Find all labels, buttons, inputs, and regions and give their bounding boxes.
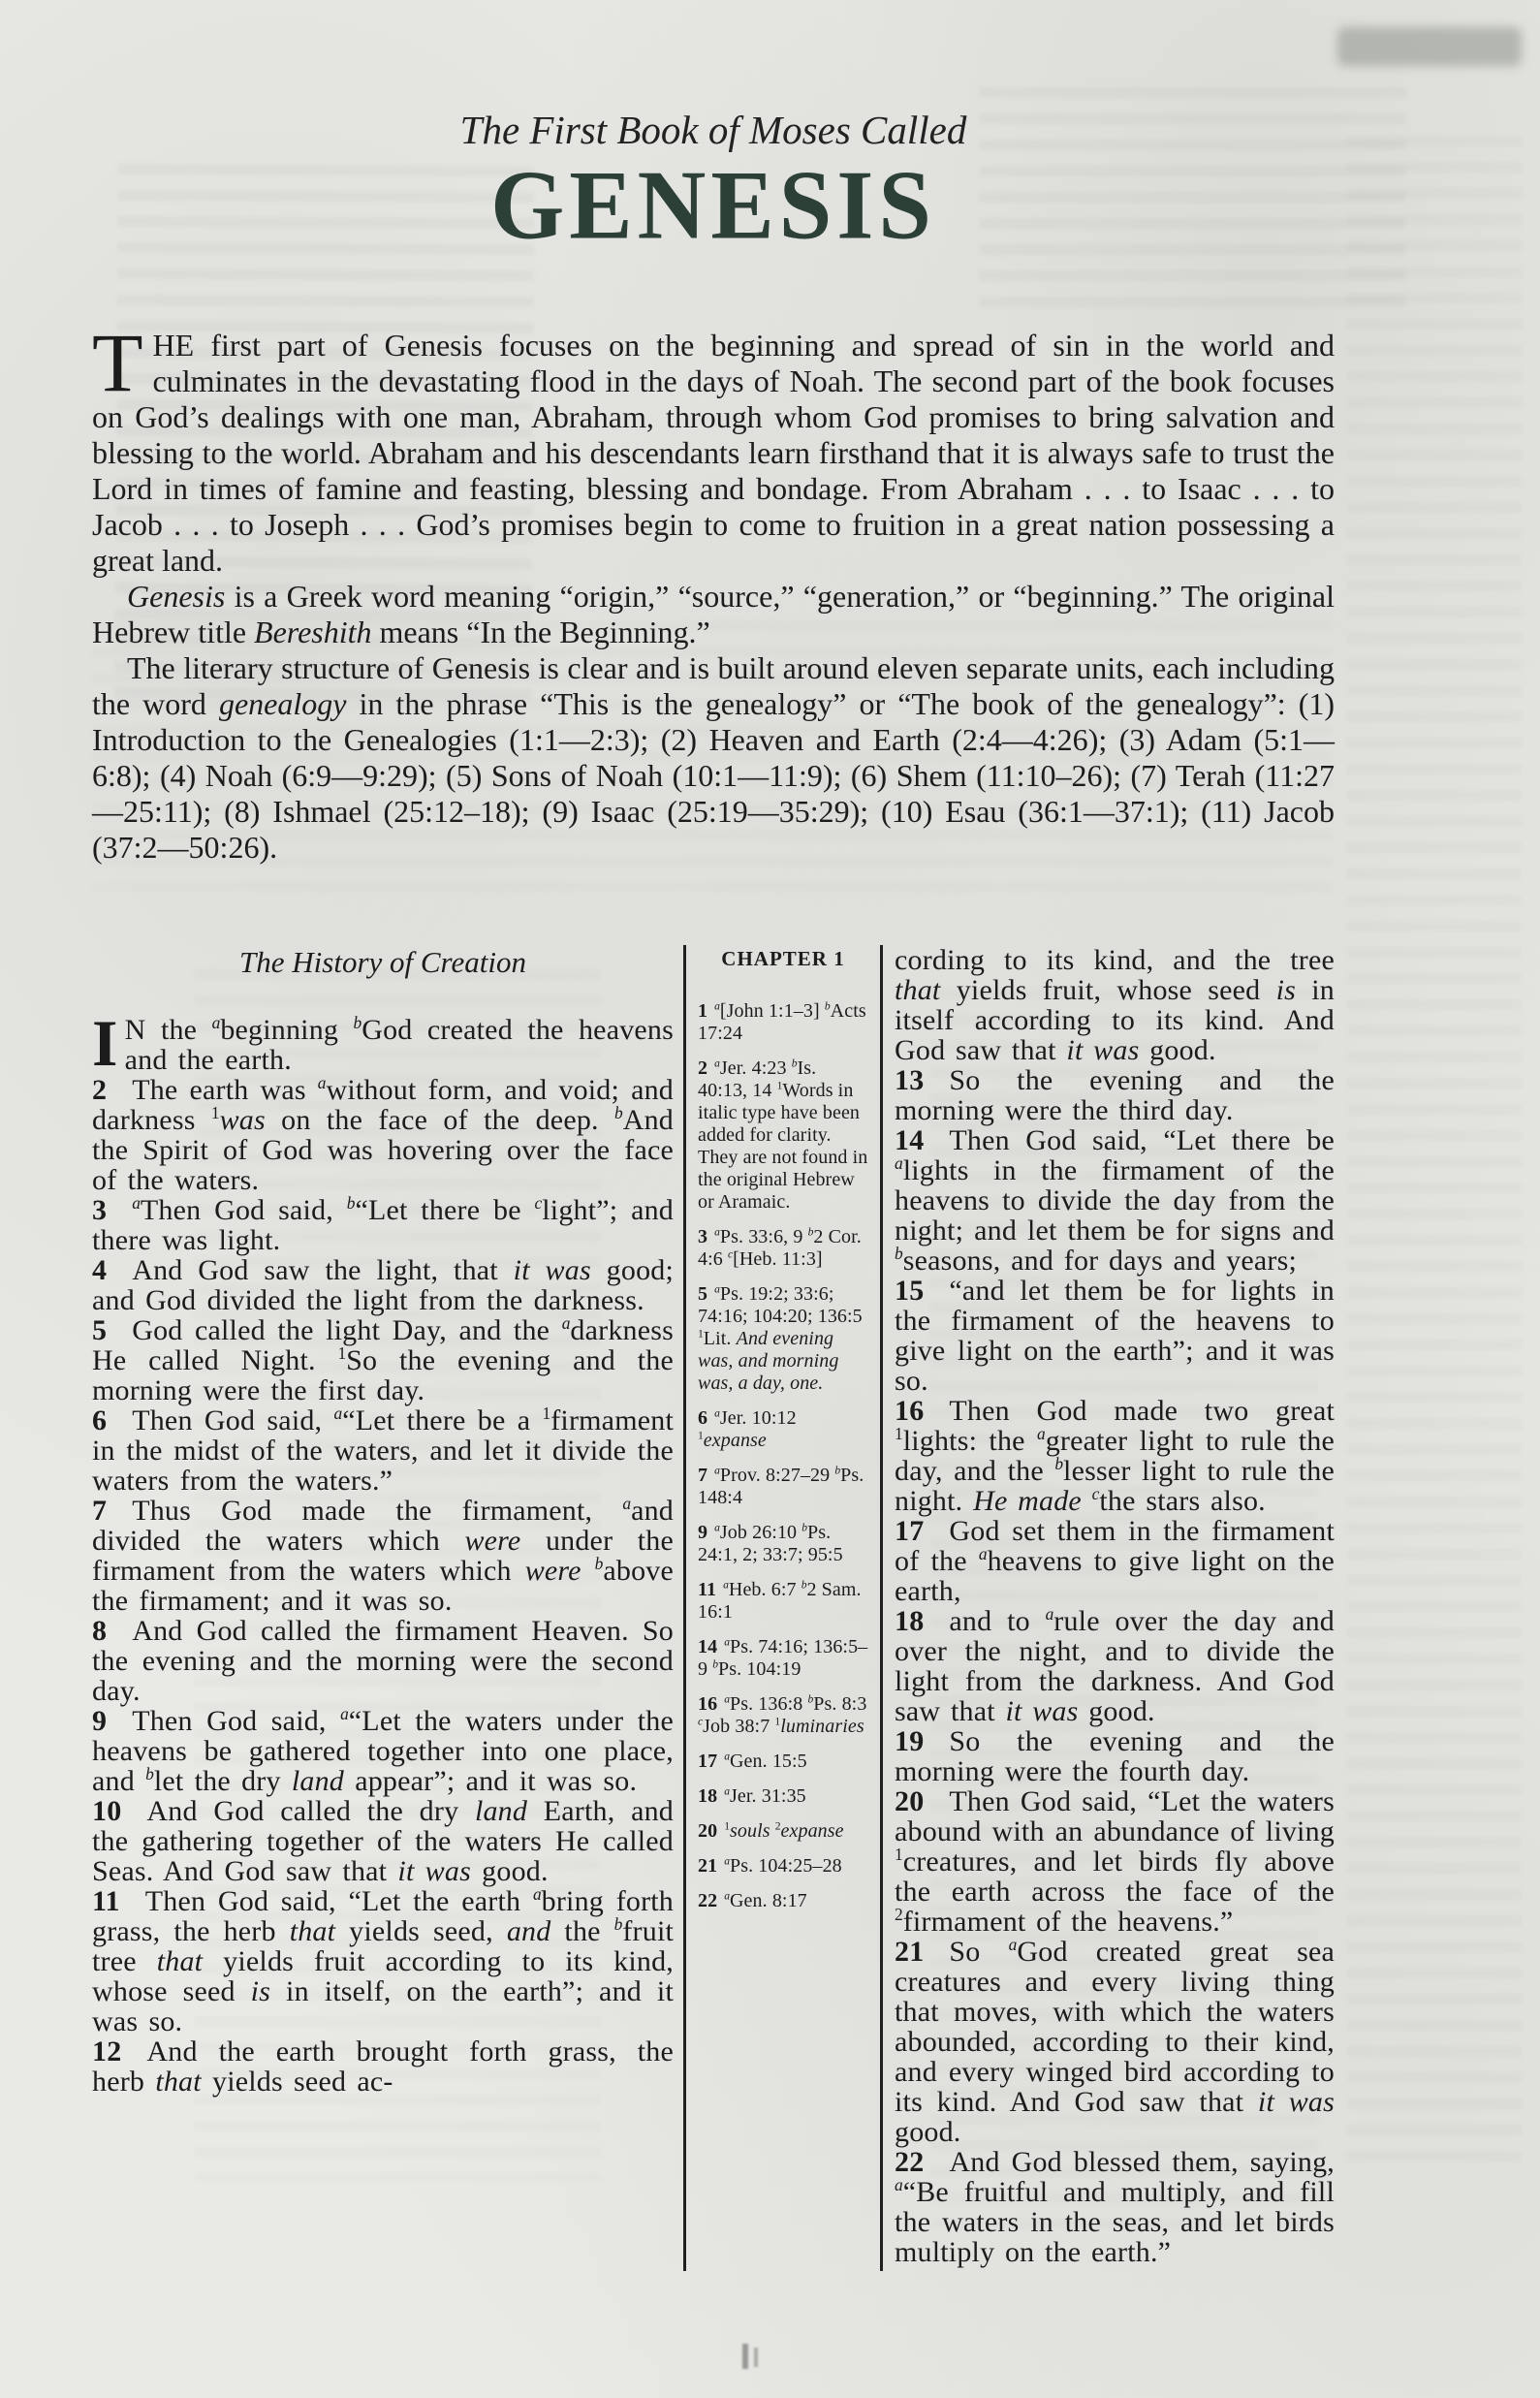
chapter-label: CHAPTER 1 — [698, 947, 868, 971]
verse-8: 8And God called the firmament Heaven. So… — [92, 1616, 674, 1706]
verse-22: 22And God blessed them, saying, a“Be fru… — [895, 2147, 1335, 2267]
reference-verse-number: 20 — [698, 1820, 717, 1842]
bleed-through-ghost — [1347, 136, 1522, 2171]
series-title: The First Book of Moses Called — [92, 107, 1335, 153]
book-introduction: THE first part of Genesis focuses on the… — [92, 328, 1335, 866]
verse-number: 14 — [895, 1124, 924, 1156]
cross-reference-verse-3: 3aPs. 33:6, 9 b2 Cor. 4:6 c[Heb. 11:3] — [698, 1226, 868, 1271]
cross-reference-verse-1: 1a[John 1:1–3] bActs 17:24 — [698, 1000, 868, 1045]
cross-reference-verse-9: 9aJob 26:10 bPs. 24:1, 2; 33:7; 95:5 — [698, 1522, 868, 1566]
cross-reference-verse-20: 201souls 2expanse — [698, 1820, 868, 1843]
verse-number: 2 — [92, 1074, 107, 1106]
verse-9: 9Then God said, a“Let the waters under t… — [92, 1706, 674, 1796]
verse-4: 4And God saw the light, that it was good… — [92, 1255, 674, 1315]
intro-paragraph-1: THE first part of Genesis focuses on the… — [92, 328, 1335, 579]
verse-number: 4 — [92, 1254, 107, 1286]
reference-verse-number: 5 — [698, 1283, 707, 1305]
verse-number: 16 — [895, 1395, 924, 1427]
reference-verse-number: 7 — [698, 1465, 707, 1486]
reference-verse-number: 18 — [698, 1785, 717, 1807]
left-verse-list: IN the abeginning bGod created the heave… — [92, 1015, 674, 2097]
scripture-right-column: cording to its kind, and the tree that y… — [895, 945, 1335, 2271]
reference-verse-number: 1 — [698, 1000, 707, 1022]
scripture-left-column: The History of Creation IN the abeginnin… — [92, 945, 674, 2271]
verse-number: 13 — [895, 1064, 924, 1096]
right-verse-list: 13So the evening and the morning were th… — [895, 1065, 1335, 2271]
cross-reference-verse-6: 6aJer. 10:12 1expanse — [698, 1407, 868, 1452]
reference-verse-number: 3 — [698, 1226, 707, 1247]
cross-reference-column: CHAPTER 1 1a[John 1:1–3] bActs 17:242aJe… — [683, 945, 883, 2271]
reference-verse-number: 17 — [698, 1751, 717, 1772]
ink-mark — [754, 2348, 758, 2367]
reference-verse-number: 22 — [698, 1890, 717, 1911]
verse-number: 18 — [895, 1605, 924, 1637]
dropcap-letter: T — [92, 328, 153, 394]
verse-6: 6Then God said, a“Let there be a 1firmam… — [92, 1405, 674, 1496]
verse-16: 16Then God made two great 1lights: the a… — [895, 1396, 1335, 1516]
verse-11: 11Then God said, “Let the earth abring f… — [92, 1886, 674, 2036]
scanned-bible-page: The First Book of Moses Called GENESIS T… — [0, 0, 1540, 2398]
verse-21: 21So aGod created great sea creatures an… — [895, 1937, 1335, 2147]
verse-1: IN the abeginning bGod created the heave… — [92, 1015, 674, 1075]
reference-verse-number: 21 — [698, 1855, 717, 1877]
verse-17: 17God set them in the firmament of the a… — [895, 1516, 1335, 1606]
chapter-1-section: The History of Creation IN the abeginnin… — [92, 945, 1335, 2271]
reference-verse-number: 2 — [698, 1057, 707, 1079]
cross-reference-verse-17: 17aGen. 15:5 — [698, 1751, 868, 1773]
cross-reference-verse-16: 16aPs. 136:8 bPs. 8:3 cJob 38:7 1luminar… — [698, 1693, 868, 1738]
verse-number: 5 — [92, 1314, 107, 1346]
cross-reference-verse-11: 11aHeb. 6:7 b2 Sam. 16:1 — [698, 1579, 868, 1624]
intro-paragraph-3: The literary structure of Genesis is cle… — [92, 650, 1335, 866]
verse-number: 8 — [92, 1615, 107, 1647]
cross-reference-verse-22: 22aGen. 8:17 — [698, 1890, 868, 1912]
intro-paragraph-1-text: HE first part of Genesis focuses on the … — [92, 328, 1335, 578]
verse-number: 20 — [895, 1785, 924, 1817]
cross-reference-verse-14: 14aPs. 74:16; 136:5–9 bPs. 104:19 — [698, 1636, 868, 1681]
verse-number: 15 — [895, 1275, 924, 1307]
verse-number: 19 — [895, 1725, 924, 1757]
verse-5: 5God called the light Day, and the adark… — [92, 1315, 674, 1405]
cross-reference-verse-2: 2aJer. 4:23 bIs. 40:13, 14 1Words in ita… — [698, 1057, 868, 1214]
verse-number: 21 — [895, 1936, 924, 1968]
verse-number: 12 — [92, 2035, 121, 2067]
cross-reference-verse-5: 5aPs. 19:2; 33:6; 74:16; 104:20; 136:5 1… — [698, 1283, 868, 1395]
verse-3: 3aThen God said, b“Let there be clight”;… — [92, 1195, 674, 1255]
verse-number: 7 — [92, 1495, 107, 1527]
verse-23: 23So the evening and the morning were th… — [895, 2267, 1335, 2271]
reference-verse-number: 9 — [698, 1522, 707, 1543]
dropcap-letter: I — [92, 1017, 118, 1070]
verse-7: 7Thus God made the firmament, aand divid… — [92, 1496, 674, 1616]
verse-number: 10 — [92, 1795, 121, 1827]
verse-15: 15“and let them be for lights in the fir… — [895, 1276, 1335, 1396]
verse-10: 10And God called the dry land Earth, and… — [92, 1796, 674, 1886]
verse-number: 11 — [92, 1885, 120, 1917]
verse-2: 2The earth was awithout form, and void; … — [92, 1075, 674, 1195]
reference-verse-number: 6 — [698, 1407, 707, 1429]
verse-number: 22 — [895, 2146, 924, 2178]
cross-reference-verse-21: 21aPs. 104:25–28 — [698, 1855, 868, 1877]
verse-number: 3 — [92, 1194, 107, 1226]
reference-verse-number: 11 — [698, 1579, 716, 1600]
verse-12: 12And the earth brought forth grass, the… — [92, 2036, 674, 2097]
verse-number: 23 — [895, 2266, 924, 2271]
scan-smudge — [1337, 27, 1522, 66]
verse-20: 20Then God said, “Let the waters abound … — [895, 1786, 1335, 1937]
verse-number: 6 — [92, 1404, 107, 1436]
verse-18: 18and to arule over the day and over the… — [895, 1606, 1335, 1726]
cross-reference-list: 1a[John 1:1–3] bActs 17:242aJer. 4:23 bI… — [698, 1000, 868, 1912]
verse-13: 13So the evening and the morning were th… — [895, 1065, 1335, 1125]
verse-19: 19So the evening and the morning were th… — [895, 1726, 1335, 1786]
ink-mark — [742, 2344, 748, 2369]
verse-12-continuation: cording to its kind, and the tree that y… — [895, 945, 1335, 1065]
reference-verse-number: 16 — [698, 1693, 717, 1715]
intro-paragraph-2: Genesis is a Greek word meaning “origin,… — [92, 579, 1335, 650]
cross-reference-verse-7: 7aProv. 8:27–29 bPs. 148:4 — [698, 1465, 868, 1509]
verse-14: 14Then God said, “Let there be alights i… — [895, 1125, 1335, 1276]
verse-number: 17 — [895, 1515, 924, 1547]
reference-verse-number: 14 — [698, 1636, 717, 1657]
section-heading: The History of Creation — [92, 945, 674, 980]
book-title: GENESIS — [92, 149, 1335, 262]
cross-reference-verse-18: 18aJer. 31:35 — [698, 1785, 868, 1808]
verse-number: 9 — [92, 1705, 107, 1737]
